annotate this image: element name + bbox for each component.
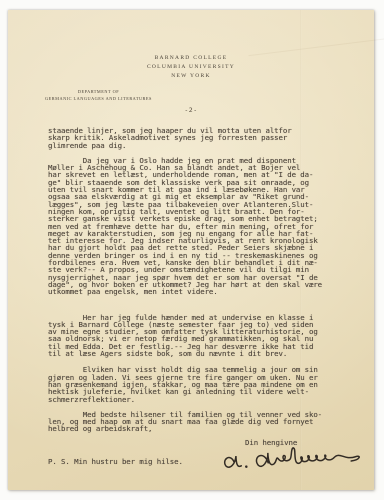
department-line-1: DEPARTMENT OF (26, 88, 171, 95)
department-line-2: GERMANIC LANGUAGES AND LITERATURES (26, 95, 171, 102)
paragraph-3: Her har jeg fulde hænder med at undervis… (48, 314, 364, 358)
paragraph-4: Elviken har visst holdt dig saa temmelig… (48, 366, 364, 402)
signature-handwritten (219, 436, 368, 477)
letterhead-city: NEW YORK (8, 72, 374, 81)
page-number: -2- (8, 106, 374, 114)
letterhead: BARNARD COLLEGE COLUMBIA UNIVERSITY NEW … (8, 54, 374, 81)
postscript: P. S. Min hustru ber mig hilse. (48, 457, 183, 466)
letter-body: staaende linjer, som jeg haaper du vil m… (48, 127, 364, 433)
paragraph-1: staaende linjer, som jeg haaper du vil m… (48, 127, 364, 149)
letterhead-university: COLUMBIA UNIVERSITY (8, 63, 374, 72)
paragraph-5: Med bedste hilsener til familien og til … (48, 411, 364, 433)
letter-page: BARNARD COLLEGE COLUMBIA UNIVERSITY NEW … (8, 10, 374, 490)
letterhead-college: BARNARD COLLEGE (8, 54, 374, 63)
paragraph-2: Da jeg var i Oslo hadde jeg en prat med … (48, 157, 364, 296)
scanned-letter: BARNARD COLLEGE COLUMBIA UNIVERSITY NEW … (0, 0, 384, 500)
letterhead-department: DEPARTMENT OF GERMANIC LANGUAGES AND LIT… (26, 88, 171, 102)
